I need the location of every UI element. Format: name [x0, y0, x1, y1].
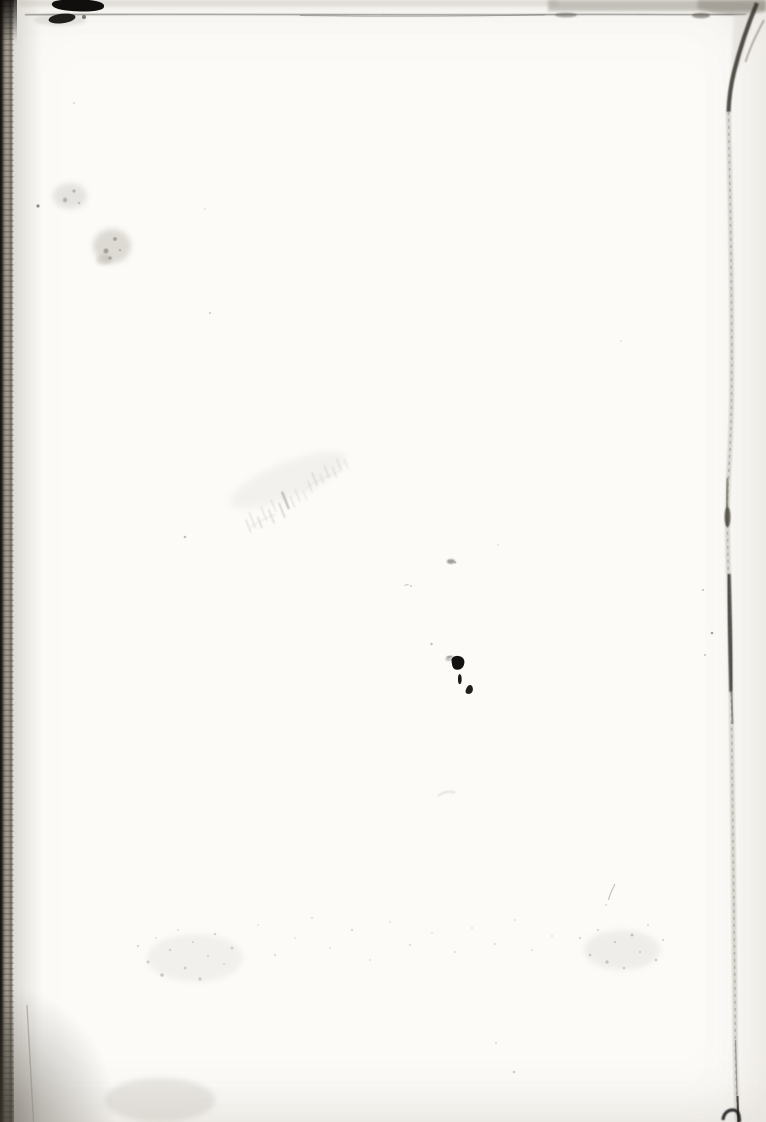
upper-left-smudges: [36, 183, 131, 265]
top-edge-band: [18, 0, 766, 26]
scan-marks-overlay: [0, 0, 766, 1122]
bottom-speckle-band: [105, 917, 664, 1122]
small-marks: [73, 102, 622, 1073]
scanned-page: [0, 0, 766, 1122]
top-hairline-crease: [25, 13, 746, 19]
center-ink-spots: [430, 643, 473, 694]
